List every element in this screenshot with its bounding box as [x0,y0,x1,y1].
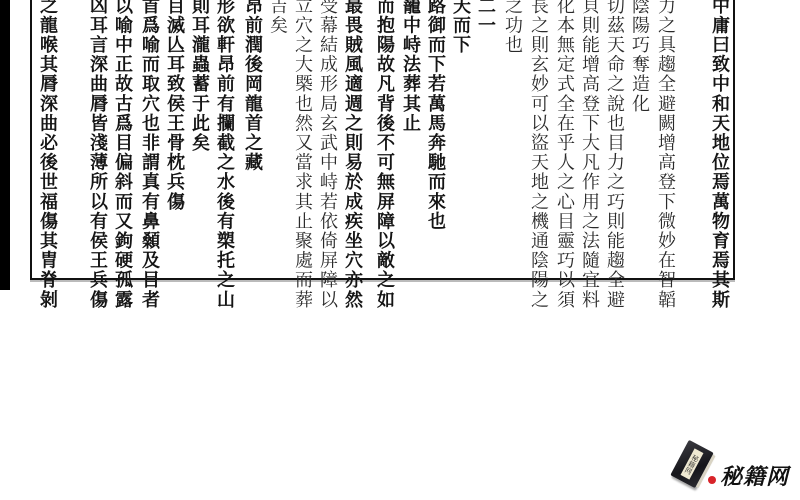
text-column-23: 以喻中正故古爲目偏斜而又鉤硬孤露 [111,0,133,310]
text-column-16: 立穴之大槩也然又當求其止聚處而葬 [291,0,313,310]
text-column-12: 巃中峙法葬其止 [399,0,421,133]
text-column-19: 形欲軒昂前有攔截之水後有槊托之山 [213,0,235,310]
scan-edge-black-bar [0,0,10,290]
text-column-18: 昂前潤後岡龍首之藏 [241,0,263,172]
text-column-20: 則耳瀧蟲蓄于此矣 [188,0,210,153]
text-column-24: 凶耳言深曲脣皆淺薄所以有侯王兵傷 [86,0,108,310]
text-column-21: 目滅亾耳致侯王骨枕兵傷 [163,0,185,212]
mijiwang-watermark-logo: 秘籍网 秘籍网 [672,440,792,495]
text-column-6: 化本無定式全在乎人之心目靈巧以須 [553,0,575,310]
text-column-22: 首爲喻而取穴也非謂真有鼻顙及目者 [138,0,160,310]
text-column-11: 路御而下若萬馬奔馳而來也 [424,0,446,231]
text-column-1: 中庸曰致中和天地位焉萬物育焉其斯 [708,0,730,310]
text-column-7: 長之則玄妙可以盜天地之機通陰陽之 [527,0,549,310]
text-column-5: 貝則能增高登下大凡作用之法隨宜料 [578,0,600,310]
text-column-3: 陰陽巧奪造化 [628,0,650,114]
text-column-4: 切茲天命之說也目力之巧則能趨全避 [603,0,625,310]
text-column-8: 之功也 [501,0,523,55]
brand-text: 秘籍网 [720,460,789,491]
text-column-2: 力之具趨全避闕增高登下微妙在智韜 [654,0,676,310]
text-column-25: 之龍喉其脣深曲必後世福傷其胄脊剝 [36,0,58,310]
red-seal-icon [708,476,716,484]
text-column-13: 而抱陽故凡背後不可無屏障以敵之如 [373,0,395,310]
text-column-15: 受幕結成形局玄武中峙若依倚屏障以 [316,0,338,310]
text-column-9: 二一 [474,0,496,35]
text-column-10: 天而下 [449,0,471,55]
text-column-17: 吉矣 [266,0,288,35]
book-label: 秘籍网 [681,448,704,479]
text-page-frame: 中庸曰致中和天地位焉萬物育焉其斯 力之具趨全避闕增高登下微妙在智韜 陰陽巧奪造化… [30,0,735,280]
text-column-14: 最畏賊風適週之則易於成疾坐穴亦然 [341,0,363,310]
